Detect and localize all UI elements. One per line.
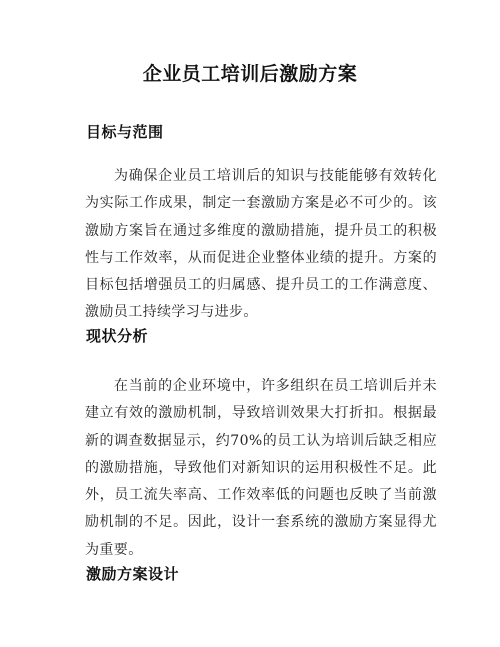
section-heading-incentive-design: 激励方案设计	[86, 563, 179, 585]
section-heading-goals-scope: 目标与范围	[86, 121, 164, 143]
section-paragraph-goals-scope: 为确保企业员工培训后的知识与技能能够有效转化为实际工作成果，制定一套激励方案是必…	[85, 163, 437, 327]
document-title: 企业员工培训后激励方案	[0, 60, 500, 88]
section-paragraph-status-analysis: 在当前的企业环境中，许多组织在员工培训后并未建立有效的激励机制，导致培训效果大打…	[85, 373, 437, 564]
section-heading-status-analysis: 现状分析	[86, 325, 148, 347]
